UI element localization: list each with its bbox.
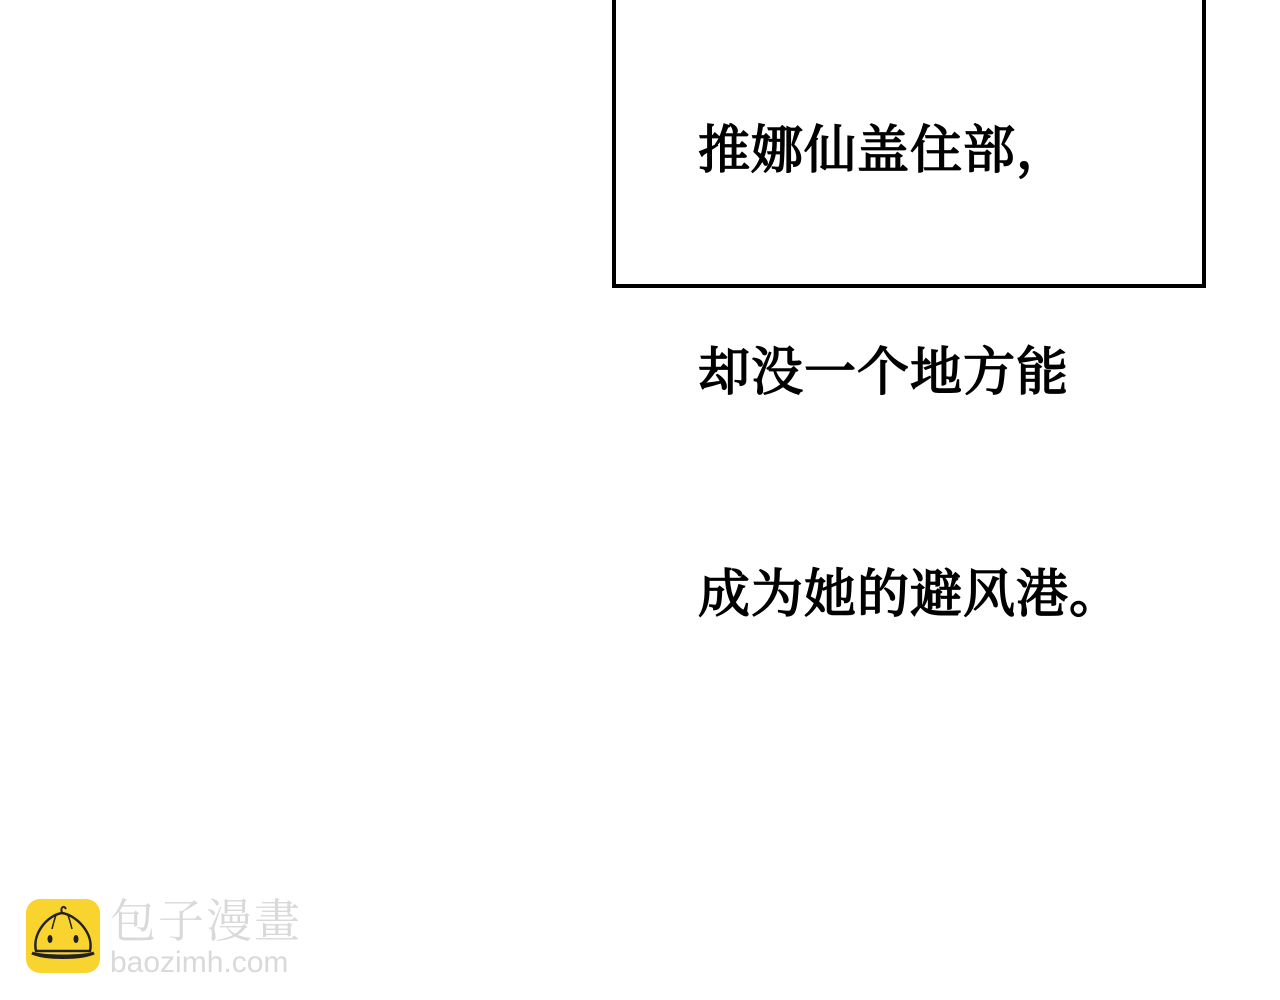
caption-text: 推娜仙盖住部， 却没一个地方能 成为她的避风港。 (698, 0, 1122, 706)
caption-line-1: 推娜仙盖住部， (698, 114, 1122, 188)
caption-line-3: 成为她的避风港。 (698, 558, 1122, 632)
steamed-bun-icon (26, 899, 100, 973)
caption-line-2: 却没一个地方能 (698, 336, 1122, 410)
watermark: 包子漫畫 baozimh.com (26, 894, 302, 978)
watermark-brand-url: baozimh.com (110, 948, 302, 978)
watermark-brand-cn: 包子漫畫 (110, 894, 302, 948)
